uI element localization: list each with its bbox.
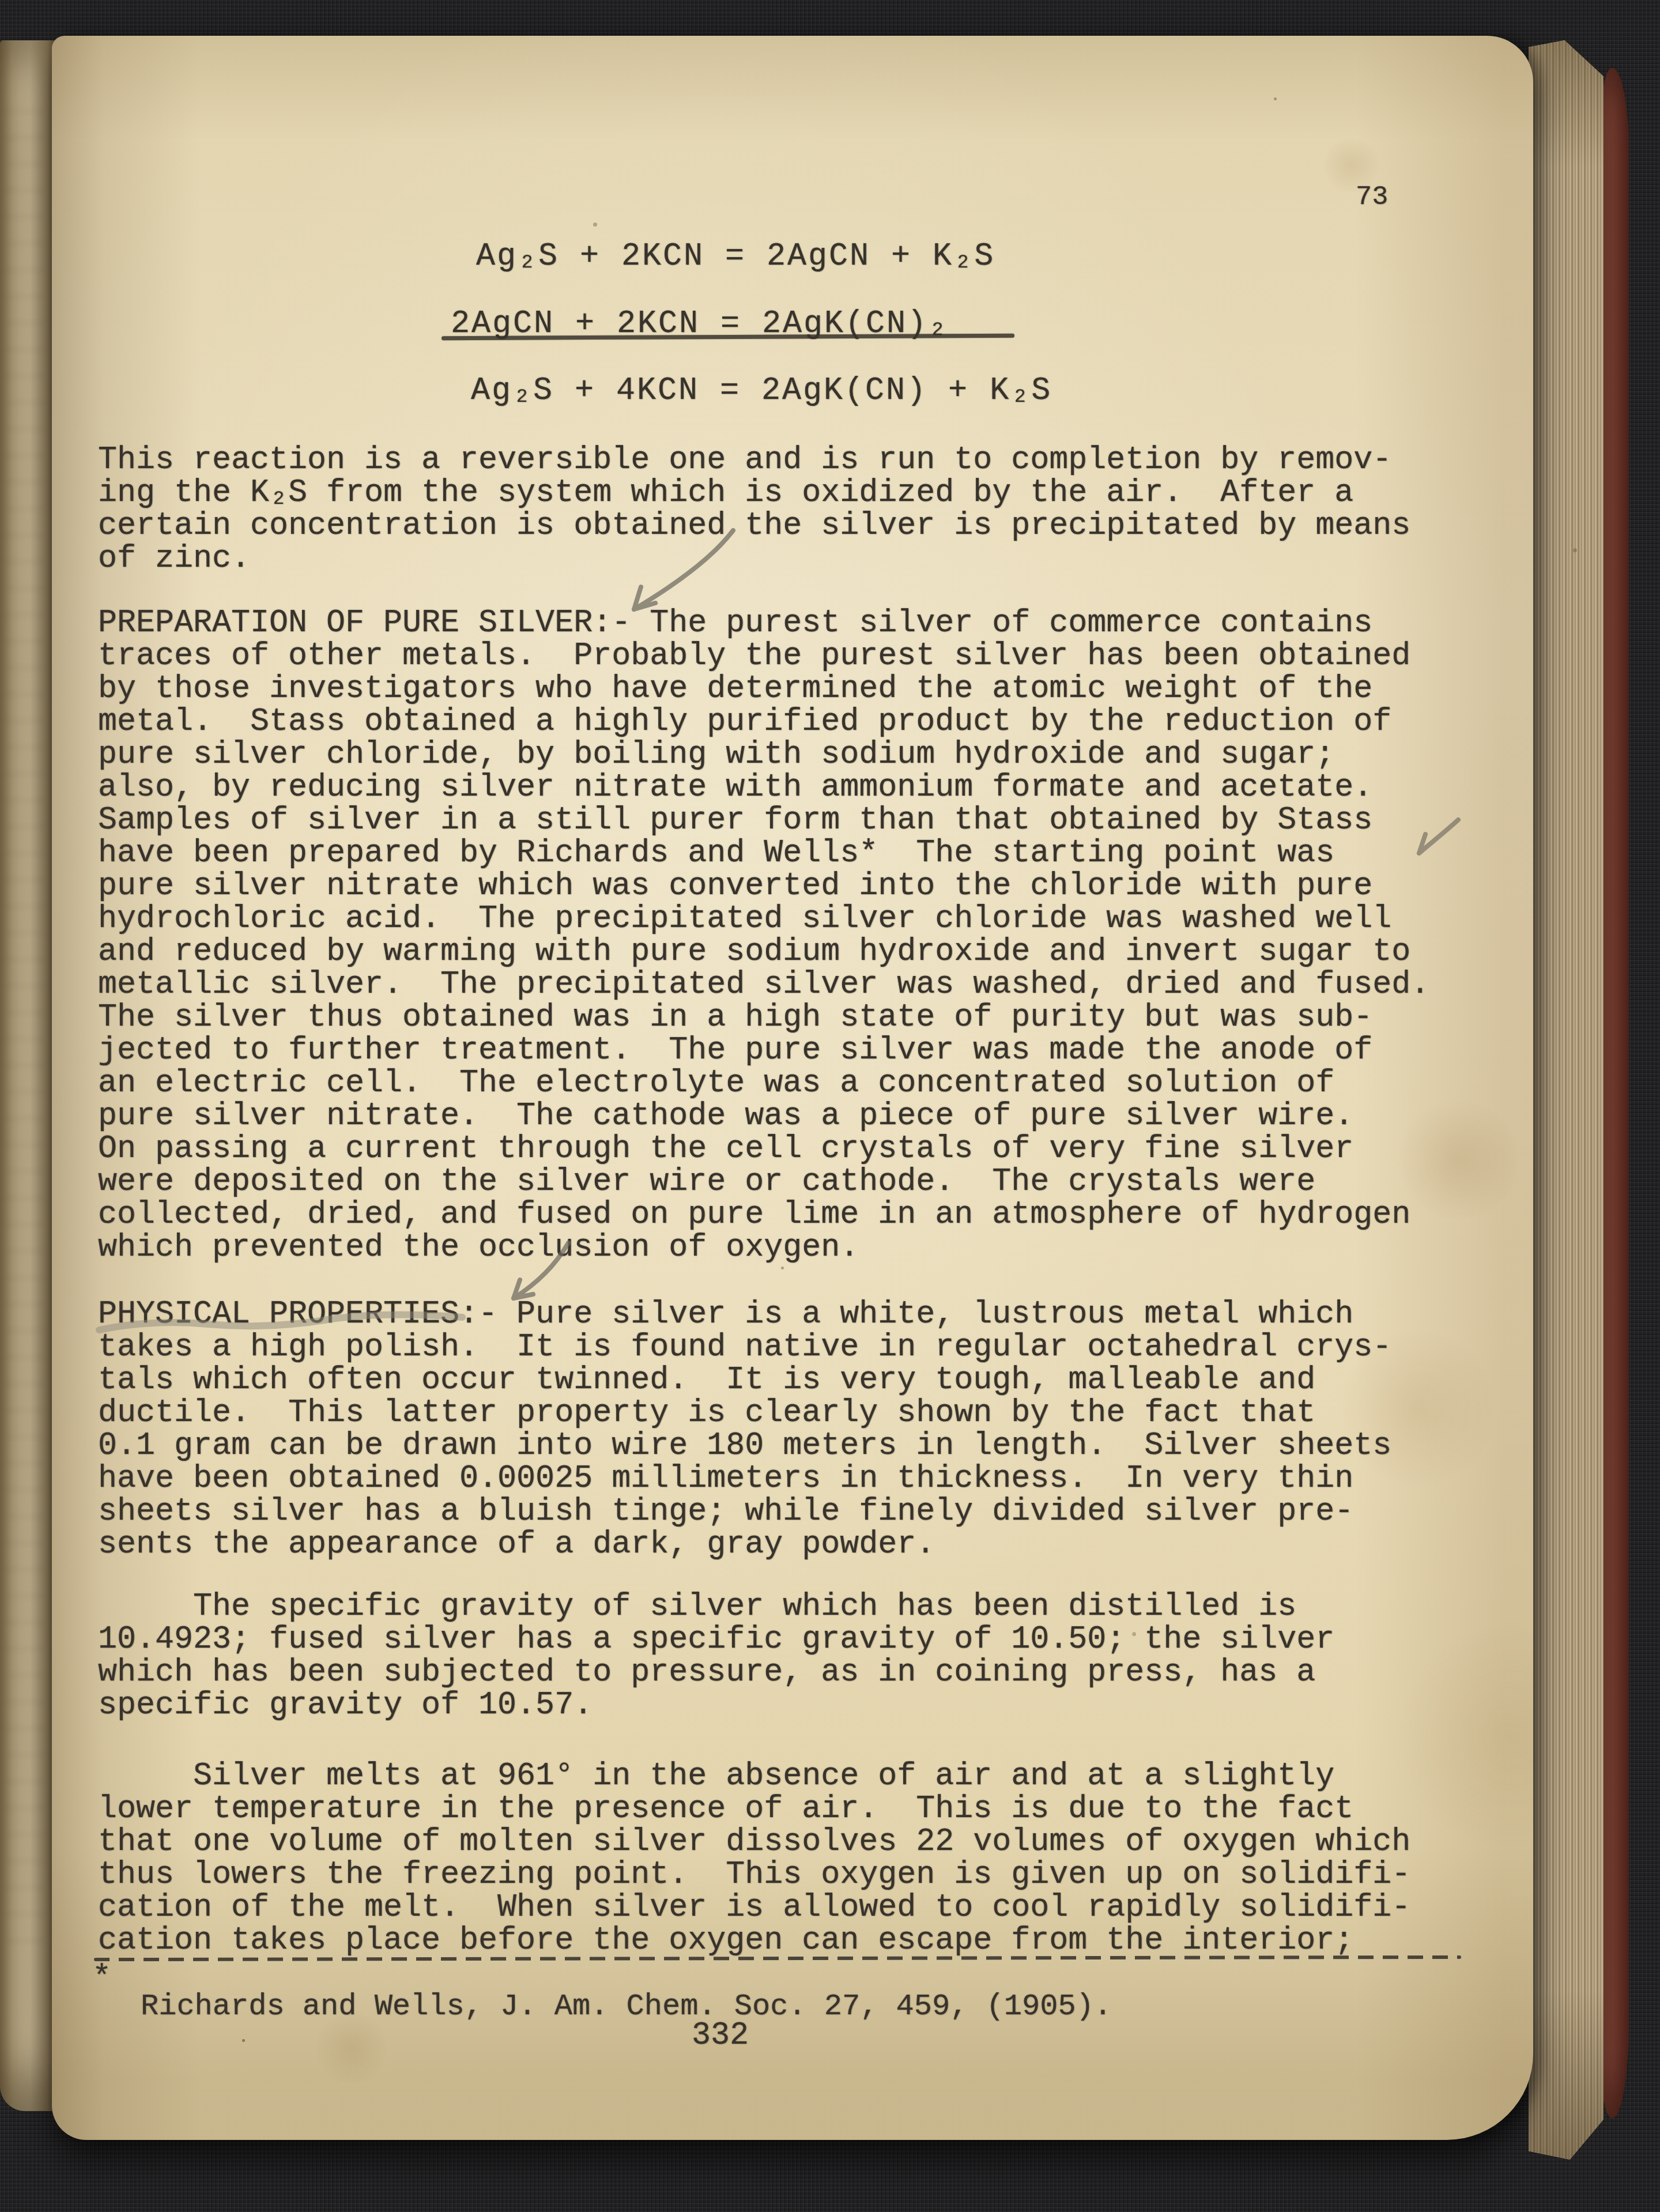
paragraph-physical-properties: PHYSICAL PROPERTIES:- Pure silver is a w… xyxy=(98,1298,1391,1561)
equation-1: Ag₂S + 2KCN = 2AgCN + K₂S xyxy=(476,240,995,273)
scanned-book-photo: { "page": { "number_top": "73", "number_… xyxy=(0,0,1660,2212)
paragraph-specific-gravity: The specific gravity of silver which has… xyxy=(98,1590,1334,1721)
equation-3: Ag₂S + 4KCN = 2AgK(CN) + K₂S xyxy=(471,374,1052,407)
bleed-through-smudge xyxy=(5,110,45,1954)
paragraph-melting-point: Silver melts at 961° in the absence of a… xyxy=(98,1759,1410,1957)
page-number-bottom: 332 xyxy=(692,2019,749,2052)
book-cover-edge xyxy=(1600,68,1629,2118)
book-fore-edge xyxy=(1529,40,1604,2160)
footnote-marker: * xyxy=(92,1961,111,1994)
paragraph-preparation: PREPARATION OF PURE SILVER:- The purest … xyxy=(98,606,1429,1264)
previous-page-edge xyxy=(0,40,55,2111)
footnote-text: Richards and Wells, J. Am. Chem. Soc. 27… xyxy=(141,1990,1112,2023)
page-number-top: 73 xyxy=(1356,181,1388,214)
paragraph-intro: This reaction is a reversible one and is… xyxy=(98,443,1410,575)
book-page: 73 Ag₂S + 2KCN = 2AgCN + K₂S 2AgCN + 2KC… xyxy=(52,36,1533,2140)
paper-specks xyxy=(242,2039,245,2042)
